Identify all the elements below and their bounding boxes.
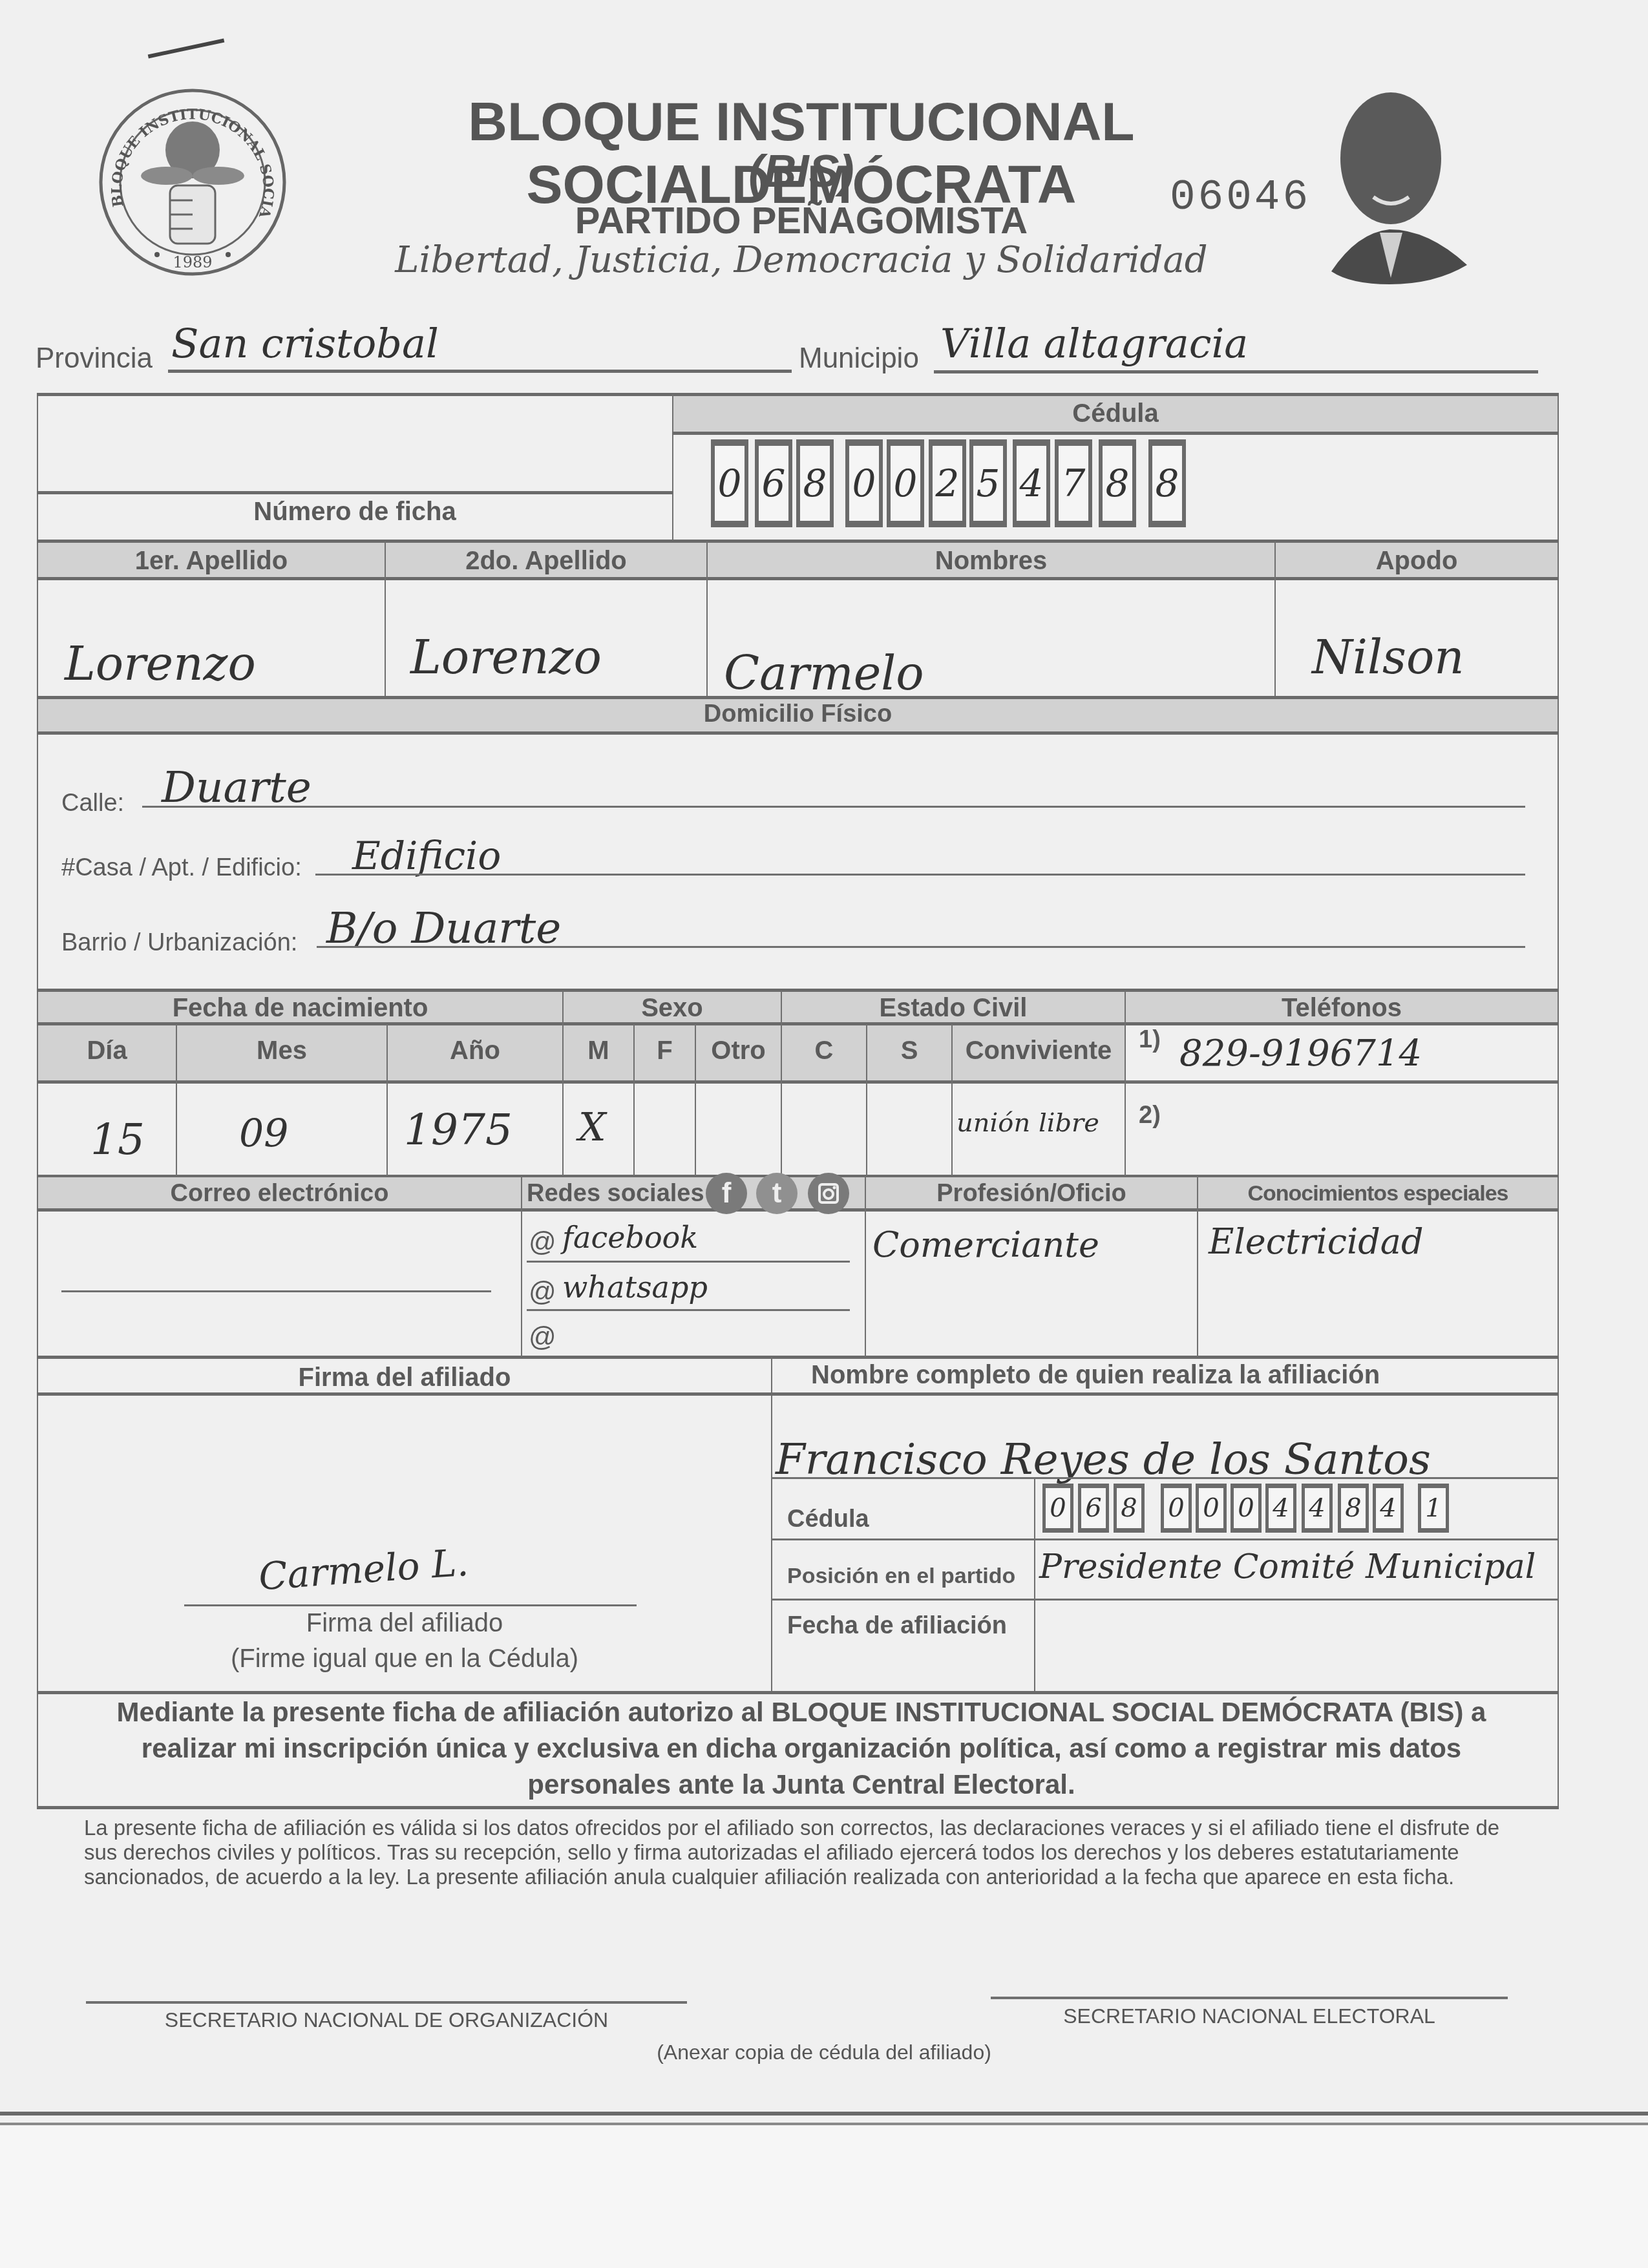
estado-s-mark[interactable]	[867, 1086, 951, 1173]
afiliador-cedula-digit-box[interactable]: 4	[1373, 1484, 1404, 1533]
numero-ficha-label: Número de ficha	[39, 498, 671, 527]
twitter-icon[interactable]: t	[756, 1173, 798, 1214]
rule	[772, 1599, 1558, 1601]
anio-field[interactable]: 1975	[404, 1105, 512, 1155]
afiliador-cedula-digit-box[interactable]: 0	[1196, 1484, 1227, 1533]
cedula-digit-box[interactable]: 0	[887, 439, 924, 527]
fecha-nacimiento-title: Fecha de nacimiento	[38, 994, 562, 1023]
declaration-text: Mediante la presente ficha de afiliación…	[78, 1694, 1525, 1803]
anio-header: Año	[388, 1036, 562, 1066]
cedula-header-label: Cédula	[673, 399, 1558, 428]
annex-note: (Anexar copia de cédula del afiliado)	[517, 2041, 1131, 2064]
legal-text: La presente ficha de afiliación es válid…	[84, 1816, 1525, 1889]
fecha-afiliacion-field[interactable]	[1037, 1602, 1554, 1690]
facebook-icon[interactable]: f	[706, 1173, 747, 1214]
estado-conviviente-header: Conviviente	[953, 1036, 1125, 1066]
cedula-digit-box[interactable]: 5	[969, 439, 1007, 527]
affiliation-form-page: BLOQUE INSTITUCIONAL SOCIALDEMOCRATA 198…	[0, 0, 1648, 2123]
page-edge-shadow	[0, 2123, 1648, 2125]
serial-number: 06046	[1170, 173, 1311, 222]
tel2-field[interactable]	[1183, 1092, 1545, 1163]
party-name: PARTIDO PEÑAGOMISTA	[323, 199, 1280, 242]
dia-field[interactable]: 15	[90, 1115, 145, 1164]
redes-at-3: @	[529, 1321, 556, 1352]
rule	[527, 1309, 850, 1311]
tel1-field[interactable]: 829-9196714	[1179, 1033, 1422, 1075]
header-apellido1: 1er. Apellido	[38, 547, 385, 576]
provincia-label: Provincia	[36, 342, 153, 375]
redes-at-2: @	[529, 1276, 556, 1307]
leader-portrait	[1318, 84, 1474, 284]
conocimientos-field[interactable]: Electricidad	[1209, 1221, 1424, 1262]
tel1-label: 1)	[1139, 1026, 1161, 1054]
tel2-label: 2)	[1139, 1102, 1161, 1129]
afiliador-cedula-digit-box[interactable]: 8	[1338, 1484, 1369, 1533]
estado-conviviente-mark[interactable]: unión libre	[956, 1108, 1099, 1138]
calle-label: Calle:	[61, 790, 124, 817]
profesion-title: Profesión/Oficio	[866, 1180, 1197, 1208]
firma-caption: Firma del afiliado	[38, 1609, 771, 1638]
sig-line-right	[991, 1997, 1508, 1999]
redes-field-1[interactable]: facebook	[562, 1220, 698, 1255]
sexo-otro-mark[interactable]	[696, 1086, 781, 1173]
estado-s-header: S	[867, 1036, 951, 1066]
municipio-field[interactable]: Villa altagracia	[940, 320, 1248, 367]
rule	[37, 1208, 1559, 1212]
cedula-digit-box[interactable]: 4	[1013, 439, 1050, 527]
estado-civil-title: Estado Civil	[782, 994, 1125, 1023]
fecha-afiliacion-label: Fecha de afiliación	[787, 1612, 1007, 1640]
rule	[672, 432, 1559, 435]
domicilio-title: Domicilio Físico	[38, 700, 1558, 728]
cedula-digit-box[interactable]: 6	[755, 439, 792, 527]
afiliador-cedula-digit-box[interactable]: 4	[1265, 1484, 1296, 1533]
table-right-border	[1558, 394, 1559, 1809]
casa-field[interactable]: Edificio	[352, 834, 501, 879]
rule	[1034, 1478, 1035, 1692]
cedula-digit-box[interactable]: 8	[796, 439, 834, 527]
cedula-digit-box[interactable]: 0	[845, 439, 883, 527]
posicion-field[interactable]: Presidente Comité Municipal	[1039, 1548, 1536, 1586]
firma-title: Firma del afiliado	[38, 1363, 771, 1392]
firma-signature[interactable]: Carmelo L.	[257, 1540, 470, 1599]
cedula-digit-box[interactable]: 7	[1055, 439, 1092, 527]
rule	[771, 1357, 772, 1693]
afiliador-cedula-digit-box[interactable]: 0	[1231, 1484, 1262, 1533]
cedula-digit-box[interactable]: 0	[711, 439, 748, 527]
municipio-label: Municipio	[799, 342, 919, 375]
municipio-underline	[934, 370, 1538, 373]
rule	[527, 1261, 850, 1263]
rule	[37, 1693, 38, 1808]
rule	[37, 491, 673, 494]
redes-field-2[interactable]: whatsapp	[562, 1270, 708, 1305]
header-apellido2: 2do. Apellido	[386, 547, 706, 576]
sexo-f-mark[interactable]	[635, 1086, 695, 1173]
afiliador-title: Nombre completo de quien realiza la afil…	[772, 1361, 1558, 1390]
rule	[37, 731, 1559, 735]
cedula-digit-box[interactable]: 8	[1148, 439, 1186, 527]
rule	[37, 577, 1559, 580]
cedula-digit-box[interactable]: 8	[1099, 439, 1136, 527]
telefonos-title: Teléfonos	[1126, 994, 1558, 1023]
rule	[37, 1392, 1559, 1396]
org-acronym: (BIS)	[323, 145, 1280, 197]
rule	[142, 806, 1525, 808]
rule	[37, 1356, 1559, 1359]
correo-field[interactable]	[61, 1215, 494, 1292]
redes-at-1: @	[529, 1226, 556, 1257]
estado-c-mark[interactable]	[782, 1086, 866, 1173]
party-motto: Libertad, Justicia, Democracia y Solidar…	[323, 239, 1280, 281]
instagram-icon[interactable]	[808, 1173, 849, 1214]
posicion-label: Posición en el partido	[787, 1564, 1015, 1589]
rule	[315, 874, 1525, 876]
provincia-underline	[168, 370, 792, 373]
sexo-m-mark[interactable]: X	[578, 1105, 606, 1150]
afiliador-cedula-digit-box[interactable]: 0	[1042, 1484, 1073, 1533]
profesion-field[interactable]: Comerciante	[872, 1224, 1099, 1265]
pen-mark	[148, 39, 225, 59]
afiliador-cedula-digit-box[interactable]: 0	[1161, 1484, 1192, 1533]
page-edge	[0, 2112, 1648, 2116]
sig-left-label: SECRETARIO NACIONAL DE ORGANIZACIÓN	[86, 2008, 687, 2032]
mes-header: Mes	[177, 1036, 386, 1066]
header-apodo: Apodo	[1276, 547, 1558, 576]
redes-title: Redes sociales	[527, 1180, 704, 1208]
header-nombres: Nombres	[708, 547, 1274, 576]
scanner-background	[0, 2126, 1648, 2268]
apellido1-field[interactable]: Lorenzo	[65, 636, 256, 691]
afiliador-cedula-digit-box[interactable]: 6	[1078, 1484, 1109, 1533]
barrio-label: Barrio / Urbanización:	[61, 929, 297, 957]
rule	[184, 1604, 637, 1606]
apodo-field[interactable]: Nilson	[1312, 630, 1464, 684]
party-logo: BLOQUE INSTITUCIONAL SOCIALDEMOCRATA 198…	[96, 85, 290, 279]
rule	[37, 1806, 1559, 1809]
rule	[772, 1477, 1558, 1479]
cedula-digit-box[interactable]: 2	[929, 439, 966, 527]
rule	[317, 946, 1525, 948]
firma-note: (Firme igual que en la Cédula)	[38, 1644, 771, 1674]
rule	[61, 1290, 491, 1292]
redes-field-3[interactable]	[562, 1318, 847, 1350]
afiliador-cedula-digit-box[interactable]: 8	[1114, 1484, 1145, 1533]
calle-field[interactable]: Duarte	[162, 762, 312, 812]
estado-c-header: C	[782, 1036, 866, 1066]
rose-fist-icon: BLOQUE INSTITUCIONAL SOCIALDEMOCRATA 198…	[96, 85, 290, 279]
provincia-field[interactable]: San cristobal	[171, 320, 439, 367]
sexo-f-header: F	[635, 1036, 695, 1066]
sexo-title: Sexo	[564, 994, 781, 1023]
rule	[521, 1176, 522, 1357]
dia-header: Día	[38, 1036, 176, 1066]
afiliador-cedula-digit-box[interactable]: 4	[1302, 1484, 1333, 1533]
correo-title: Correo electrónico	[38, 1180, 521, 1208]
svg-text:1989: 1989	[173, 253, 212, 271]
nombres-field[interactable]: Carmelo	[724, 646, 924, 700]
mes-field[interactable]: 09	[239, 1111, 288, 1157]
afiliador-cedula-digit-box[interactable]: 1	[1418, 1484, 1449, 1533]
sig-right-label: SECRETARIO NACIONAL ELECTORAL	[991, 2004, 1508, 2028]
sexo-otro-header: Otro	[696, 1036, 781, 1066]
rule	[1126, 1080, 1558, 1082]
afiliador-cedula-label: Cédula	[787, 1506, 869, 1533]
numero-ficha-field[interactable]	[39, 397, 671, 490]
sig-line-left	[86, 2001, 687, 2004]
conocimientos-title: Conocimientos especiales	[1198, 1181, 1558, 1206]
sexo-m-header: M	[564, 1036, 633, 1066]
rule	[772, 1538, 1558, 1540]
apellido2-field[interactable]: Lorenzo	[410, 630, 602, 684]
casa-label: #Casa / Apt. / Edificio:	[61, 854, 302, 882]
